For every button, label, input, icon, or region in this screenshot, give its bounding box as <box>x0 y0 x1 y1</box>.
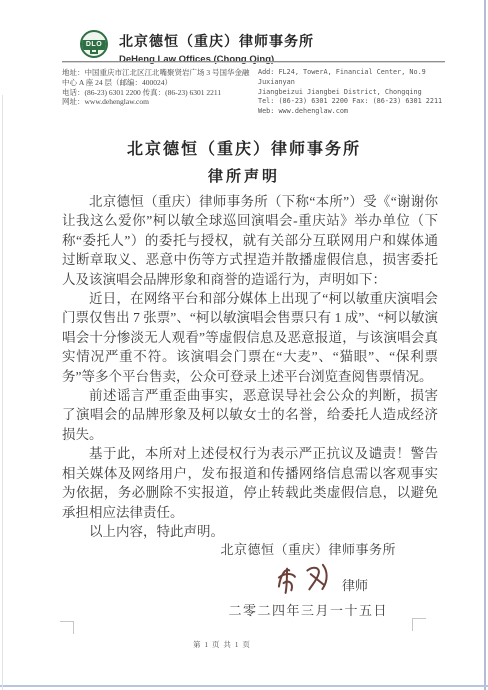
scan-edge-left <box>2 95 3 690</box>
deheng-logo-icon: DLO <box>80 30 108 58</box>
phone-fax-line-cn: 电话：(86-23) 6301 2200 传真：(86-23) 6301 221… <box>62 88 258 98</box>
address-line-en-2: Jiangbeizui Jiangbei District, Chongqing <box>258 88 445 98</box>
logo-text: DLO <box>82 40 106 50</box>
letterhead-names: 北京德恒（重庆）律师事务所 DeHeng Law Offices (Chong … <box>119 31 314 65</box>
paragraph-warning: 基于此，本所对上述侵权行为表示严正抗议及谴责！警告相关媒体及网络用户，发布报道和… <box>62 444 438 522</box>
logo-scale-mark <box>90 50 98 54</box>
document-page: DLO 北京德恒（重庆）律师事务所 DeHeng Law Offices (Ch… <box>0 0 488 690</box>
address-line-cn: 地址：中国重庆市江北区江北嘴聚贤岩广场 3 号国华金融 <box>62 68 258 78</box>
phone-fax-line-en: Tel: (86-23) 6301 2200 Fax: (86-23) 6301… <box>258 97 445 107</box>
page-number: 第 1 页 共 1 页 <box>193 639 251 650</box>
address-line-en: Add: FL24, TowerA, Financial Center, No.… <box>258 68 445 88</box>
firm-name-chinese: 北京德恒（重庆）律师事务所 <box>119 31 314 51</box>
letterhead-contacts: 地址：中国重庆市江北区江北嘴聚贤岩广场 3 号国华金融 中心 A 座 24 层（… <box>62 68 445 117</box>
contact-block-chinese: 地址：中国重庆市江北区江北嘴聚贤岩广场 3 号国华金融 中心 A 座 24 层（… <box>62 68 258 117</box>
paragraph-harm: 前述谣言严重歪曲事实，恶意误导社会公众的判断，损害了演唱会的品牌形象及柯以敏女士… <box>62 386 438 444</box>
website-line-cn: 网址：www.dehenglaw.com <box>62 97 258 107</box>
document-title-statement: 律所声明 <box>0 165 488 186</box>
letterhead-divider <box>62 61 445 63</box>
statement-body: 北京德恒（重庆）律师事务所（下称“本所”）受《“谢谢你让我这么爱你”柯以敏全球巡… <box>62 192 438 541</box>
paragraph-intro: 北京德恒（重庆）律师事务所（下称“本所”）受《“谢谢你让我这么爱你”柯以敏全球巡… <box>62 192 438 289</box>
margin-corner-mark-left <box>60 621 74 634</box>
firm-name-english: DeHeng Law Offices (Chong Qing) <box>119 54 314 65</box>
signature-row: 律师 <box>220 562 396 596</box>
margin-corner-mark-right <box>412 618 426 631</box>
paragraph-rumors: 近日，在网络平台和部分媒体上出现了“柯以敏重庆演唱会门票仅售出 7 张票”、“柯… <box>62 289 438 386</box>
contact-block-english: Add: FL24, TowerA, Financial Center, No.… <box>258 68 445 117</box>
scan-edge-bottom <box>0 685 488 687</box>
signature-firm-name: 北京德恒（重庆）律师事务所 <box>220 539 396 558</box>
address-line-cn-2: 中心 A 座 24 层（邮编：400024） <box>62 78 258 88</box>
signature-block: 北京德恒（重庆）律师事务所 律师 二零二四年三月一十五日 <box>220 539 396 619</box>
document-title-firm: 北京德恒（重庆）律师事务所 <box>0 136 488 159</box>
website-line-en: Web: www.dehenglaw.com <box>258 107 445 117</box>
signer-title: 律师 <box>342 575 368 594</box>
handwritten-signature <box>272 560 334 594</box>
signature-date: 二零二四年三月一十五日 <box>220 600 396 619</box>
scan-edge-right <box>484 0 486 690</box>
